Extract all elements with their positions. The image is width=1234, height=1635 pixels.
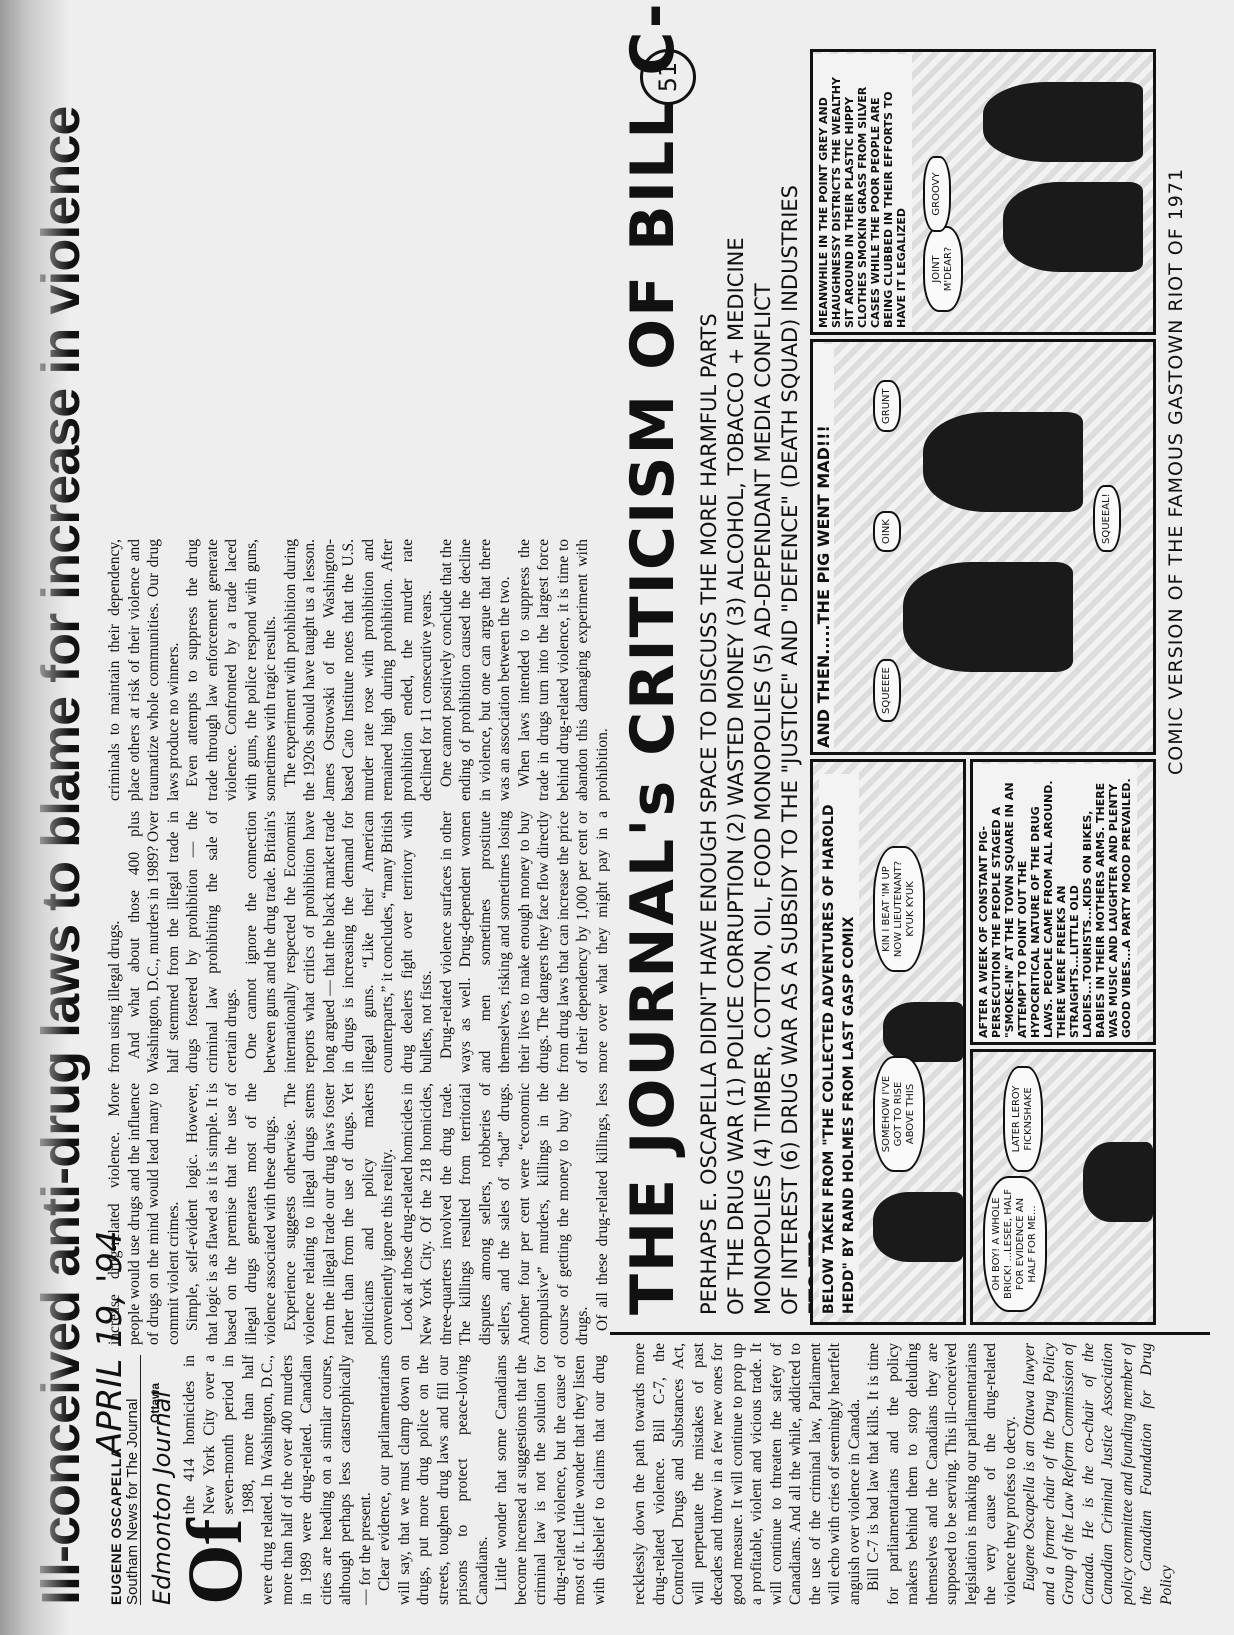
paragraph: Bill C-7 is bad law that kills. It is ti…: [864, 1343, 1020, 1605]
paragraph: increase drug-related violence. More peo…: [105, 1083, 183, 1345]
paragraph: Drug-related violence surfaces in other …: [437, 811, 611, 1073]
speech-bubble: LATER LEROY FICKNSHAKE: [1003, 1066, 1043, 1172]
speech-bubble: KIN I BEAT 'IM UP NOW LIEUTENANT? KYUK K…: [873, 846, 925, 972]
paragraph: from using illegal drugs.: [105, 811, 125, 1073]
author-bio: Eugene Oscapella is an Ottawa lawyer and…: [1020, 1343, 1176, 1605]
comic-panel-4: AND THEN.....THE PIG WENT MAD!!! SQUEEEE…: [810, 339, 1156, 755]
dateline: Ottawa: [148, 1383, 162, 1423]
comic-figure: [883, 1002, 963, 1062]
speech-bubble: OH BOY! A WHOLE BRICK! ...LESEE, HALF FO…: [983, 1176, 1047, 1312]
comic-figure: [1083, 1142, 1153, 1222]
comic-panel-5: MEANWHILE IN THE POINT GREY AND SHAUGHNE…: [810, 49, 1156, 335]
comic-figure: [1003, 182, 1143, 272]
comic-strip: BELOW TAKEN FROM "THE COLLECTED ADVENTUR…: [810, 55, 1150, 1325]
handwritten-paper-name: Edmonton Journal: [148, 1391, 176, 1605]
paragraph: And what about those 400 plus Washington…: [125, 811, 242, 1073]
comic-figure: [873, 1192, 963, 1262]
comic-figure: [923, 412, 1083, 512]
comic-intro-line: OF THE DRUG WAR (1) POLICE CORRUPTION (2…: [723, 55, 750, 1315]
speech-bubble: SOMEHOW I'VE GOT TO RISE ABOVE THIS: [873, 1056, 925, 1172]
speech-bubble: GROOVY: [923, 156, 951, 232]
paragraph: Simple, self-evident logic. However, tha…: [183, 1083, 281, 1345]
panel-caption: AFTER A WEEK OF CONSTANT PIG-PERSECUTION…: [973, 764, 1137, 1042]
comic-panel-1: BELOW TAKEN FROM "THE COLLECTED ADVENTUR…: [810, 759, 966, 1325]
panel-caption: AND THEN.....THE PIG WENT MAD!!!: [813, 344, 834, 752]
comic-section: THE JOURNAL's CRITICISM OF BILL C-7 PERH…: [600, 35, 1220, 1335]
article-headline: Ill-conceived anti-drug laws to blame fo…: [30, 107, 92, 1605]
article-column-2: increase drug-related violence. More peo…: [105, 1083, 610, 1345]
paragraph: Experience suggests otherwise. The viole…: [281, 1083, 398, 1345]
sound-effect: SQUEEEE: [873, 659, 901, 722]
drop-cap: Of: [184, 1518, 246, 1605]
speech-bubble: JOINT M'DEAR?: [923, 226, 963, 312]
paragraph: recklessly down the path towards more dr…: [630, 1343, 864, 1605]
article-column-4: criminals to maintain their dependency, …: [105, 539, 610, 801]
article-column-1: Of the 414 homicides in New York City ov…: [180, 1355, 610, 1605]
paragraph: Even attempts to suppress the drug trade…: [183, 539, 281, 801]
sound-effect: OINK: [873, 511, 901, 552]
comic-panel-2: OH BOY! A WHOLE BRICK! ...LESEE, HALF FO…: [970, 1049, 1156, 1325]
comic-intro-line: PERHAPS E. OSCAPELLA DIDN'T HAVE ENOUGH …: [696, 55, 723, 1315]
sound-effect: GRUNT: [873, 380, 901, 432]
article-column-3: from using illegal drugs. And what about…: [105, 811, 610, 1073]
paragraph: criminals to maintain their dependency, …: [105, 539, 183, 801]
comic-panel-3: AFTER A WEEK OF CONSTANT PIG-PERSECUTION…: [970, 759, 1156, 1045]
comic-credit: BELOW TAKEN FROM "THE COLLECTED ADVENTUR…: [819, 774, 859, 1314]
comic-footer-caption: COMIC VERSION OF THE FAMOUS GASTOWN RIOT…: [1165, 168, 1187, 775]
byline-rule: [140, 1355, 141, 1605]
page-number-badge: 51: [640, 49, 696, 105]
paragraph: Little wonder that some Canadians become…: [492, 1355, 610, 1605]
comic-intro-line: MONOPOLIES (4) TIMBER, COTTON, OIL, FOOD…: [750, 55, 777, 1315]
paragraph: The experiment with prohibition during t…: [281, 539, 437, 801]
comic-intro-line: OF INTEREST (6) DRUG WAR AS A SUBSIDY TO…: [777, 55, 804, 1315]
comic-title: THE JOURNAL's CRITICISM OF BILL C-7: [618, 0, 688, 1315]
comic-figure: [983, 82, 1143, 162]
paragraph: When laws intended to suppress the trade…: [515, 539, 611, 801]
paragraph: One cannot ignore the connection between…: [242, 811, 437, 1073]
paragraph: One cannot positively conclude that the …: [437, 539, 515, 801]
newspaper-clipping: Ill-conceived anti-drug laws to blame fo…: [0, 0, 1234, 1635]
panel-caption: MEANWHILE IN THE POINT GREY AND SHAUGHNE…: [813, 54, 912, 332]
comic-border: [610, 1332, 1210, 1335]
paragraph: Look at those drug-related homicides in …: [398, 1083, 593, 1345]
paragraph: Clear evidence, our parliamentarians wil…: [375, 1355, 492, 1605]
comic-figure: [903, 562, 1073, 672]
sound-effect: SQUEEAL!: [1093, 485, 1121, 552]
article-column-5: recklessly down the path towards more dr…: [630, 1343, 1190, 1605]
